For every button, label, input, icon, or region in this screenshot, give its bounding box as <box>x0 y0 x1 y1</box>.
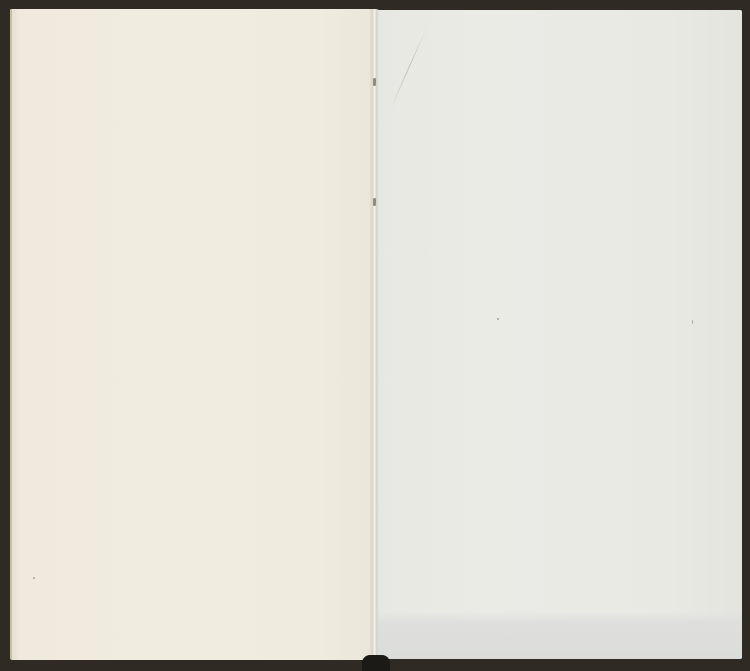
spine-tab <box>362 655 390 671</box>
paper-speck <box>692 320 693 324</box>
right-page-blank <box>374 10 742 659</box>
book-scan <box>0 0 750 671</box>
paper-speck <box>497 318 499 320</box>
paper-speck <box>33 577 35 579</box>
binding-stitch-mark <box>373 78 376 86</box>
binding-stitch-mark <box>373 198 376 206</box>
left-page-blank <box>10 9 374 660</box>
page-bottom-tint <box>374 611 742 659</box>
binding-gutter <box>369 9 379 661</box>
paper-crease <box>389 28 427 111</box>
